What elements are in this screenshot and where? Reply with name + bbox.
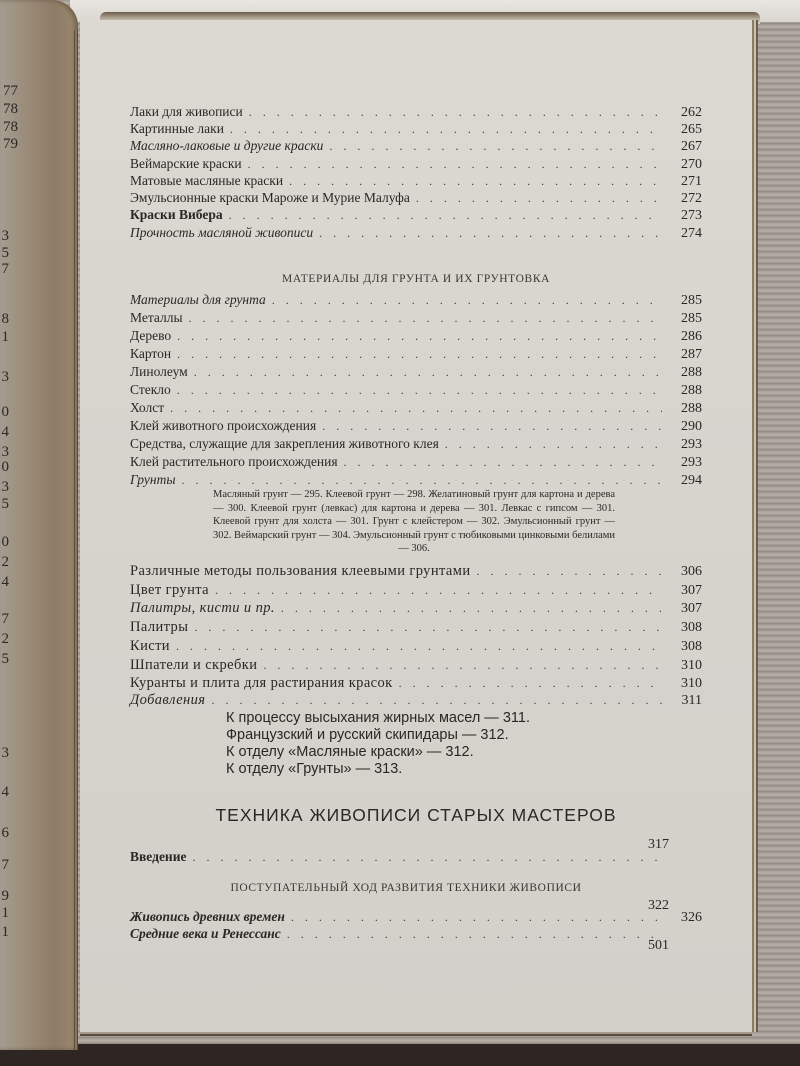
toc-entry-label: Клей животного происхождения xyxy=(130,418,322,434)
toc-entry: Веймарские краски ......................… xyxy=(130,156,702,174)
toc-entry-page: 272 xyxy=(662,191,702,207)
left-page-number-fragment: 4 xyxy=(0,575,9,590)
leader-dots: ........................................… xyxy=(215,583,662,598)
appendix-entry: К отделу «Грунты» — 313. xyxy=(226,761,646,778)
toc-entry: Эмульсионные краски Мароже и Мурие Малуф… xyxy=(130,190,702,208)
left-page-edge: 777878793578130430350247253467911 xyxy=(0,0,78,1050)
leader-dots: ........................................… xyxy=(344,455,662,470)
toc-entry-label: Веймарские краски xyxy=(130,156,248,172)
toc-entry: Цвет грунта ............................… xyxy=(130,582,702,600)
toc-entry-page: 294 xyxy=(662,473,702,489)
toc-entry: Клей животного происхождения ...........… xyxy=(130,418,702,436)
toc-entry-page: 306 xyxy=(662,564,702,580)
toc-content: Лаки для живописи ......................… xyxy=(80,20,752,1032)
leader-dots: ........................................… xyxy=(192,850,662,865)
leader-dots: ........................................… xyxy=(194,620,662,635)
leader-dots: ........................................… xyxy=(248,157,662,172)
section-heading: МАТЕРИАЛЫ ДЛЯ ГРУНТА И ИХ ГРУНТОВКА xyxy=(80,273,752,285)
toc-entry-page: 307 xyxy=(662,601,702,617)
leader-dots: ........................................… xyxy=(177,329,662,344)
toc-entry: Куранты и плита для растирания красок ..… xyxy=(130,675,702,693)
leader-dots: ........................................… xyxy=(445,437,662,452)
left-page-number-fragment: 5 xyxy=(0,652,9,667)
table-of-contents-page: Лаки для живописи ......................… xyxy=(80,20,752,1032)
toc-entry-page: 265 xyxy=(662,122,702,138)
left-page-number-fragment: 1 xyxy=(0,330,9,345)
appendix-entries: К процессу высыхания жирных масел — 311.… xyxy=(226,710,646,778)
leader-dots: ........................................… xyxy=(249,105,662,120)
toc-entry: Краски Вибера ..........................… xyxy=(130,207,702,225)
toc-entry-page: 286 xyxy=(662,329,702,345)
toc-entry-label: Палитры xyxy=(130,619,194,636)
toc-entry-label: Лаки для живописи xyxy=(130,104,249,120)
toc-entry: Стекло .................................… xyxy=(130,382,702,400)
leader-dots: ........................................… xyxy=(177,383,662,398)
toc-entry-page: 293 xyxy=(662,437,702,453)
toc-entry-label: Средние века и Ренессанс xyxy=(130,926,287,942)
leader-dots: ........................................… xyxy=(263,658,662,673)
toc-entry-label: Матовые масляные краски xyxy=(130,173,289,189)
left-page-number-fragment: 5 xyxy=(0,497,9,512)
toc-entry: Картон .................................… xyxy=(130,346,702,364)
toc-entry-page: 267 xyxy=(662,139,702,155)
toc-entry: Металлы ................................… xyxy=(130,310,702,328)
left-page-number-fragment: 0 xyxy=(0,535,9,550)
left-page-number-fragment: 78 xyxy=(0,120,18,135)
toc-entry-label: Эмульсионные краски Мароже и Мурие Малуф… xyxy=(130,190,416,206)
grunty-subentries: Масляный грунт — 295. Клеевой грунт — 29… xyxy=(213,488,615,556)
toc-entry-label: Введение xyxy=(130,849,192,865)
left-page-number-fragment: 6 xyxy=(0,826,9,841)
toc-entry-label: Картон xyxy=(130,346,177,362)
left-page-number-fragment: 2 xyxy=(0,632,9,647)
toc-entry-page: 308 xyxy=(662,639,702,655)
leader-dots: ........................................… xyxy=(416,191,662,206)
left-page-number-fragment: 4 xyxy=(0,425,9,440)
toc-entry-label: Клей растительного происхождения xyxy=(130,454,344,470)
leader-dots: ........................................… xyxy=(272,293,662,308)
left-page-number-fragment: 0 xyxy=(0,405,9,420)
leader-dots: ........................................… xyxy=(476,564,662,579)
toc-entry-page: 285 xyxy=(662,311,702,327)
left-page-number-fragment: 7 xyxy=(0,612,9,627)
toc-entry: Палитры ................................… xyxy=(130,619,702,637)
leader-dots: ........................................… xyxy=(229,208,662,223)
left-page-number-fragment: 79 xyxy=(0,137,18,152)
left-page-number-fragment: 3 xyxy=(0,445,9,460)
left-page-number-fragment: 3 xyxy=(0,370,9,385)
leader-dots: ........................................… xyxy=(319,226,662,241)
left-page-number-fragment: 8 xyxy=(0,312,9,327)
leader-dots: ........................................… xyxy=(189,311,662,326)
toc-entry-page: 273 xyxy=(662,208,702,224)
dark-bottom-edge xyxy=(0,1044,800,1066)
left-page-number-fragment: 1 xyxy=(0,906,9,921)
toc-entry: Кисти ..................................… xyxy=(130,638,702,656)
toc-entry: Добавления .............................… xyxy=(130,692,702,710)
appendix-entry: К отделу «Масляные краски» — 312. xyxy=(226,744,646,761)
toc-entry-page: 310 xyxy=(662,676,702,692)
toc-entry-label: Картинные лаки xyxy=(130,121,230,137)
toc-entry-label: Прочность масляной живописи xyxy=(130,225,319,241)
left-page-number-fragment: 4 xyxy=(0,785,9,800)
toc-entry-label: Добавления xyxy=(130,692,211,709)
leader-dots: ........................................… xyxy=(181,473,662,488)
toc-entry: Различные методы пользования клеевыми гр… xyxy=(130,563,702,581)
section-heading: ПОСТУПАТЕЛЬНЫЙ ХОД РАЗВИТИЯ ТЕХНИКИ ЖИВО… xyxy=(70,882,742,894)
toc-entry: Прочность масляной живописи ............… xyxy=(130,225,702,243)
toc-entry-label: Масляно-лаковые и другие краски xyxy=(130,138,329,154)
toc-entry-page: 311 xyxy=(662,693,702,709)
toc-entry-label: Цвет грунта xyxy=(130,582,215,599)
leader-dots: ........................................… xyxy=(194,365,662,380)
toc-entry-label: Грунты xyxy=(130,472,181,488)
left-page-number-fragment: 0 xyxy=(0,460,9,475)
toc-entry: Клей растительного происхождения .......… xyxy=(130,454,702,472)
toc-entry-page: 307 xyxy=(662,583,702,599)
part-title: ТЕХНИКА ЖИВОПИСИ СТАРЫХ МАСТЕРОВ xyxy=(80,805,752,826)
toc-entry-page: 293 xyxy=(662,455,702,471)
toc-entry: Масляно-лаковые и другие краски ........… xyxy=(130,138,702,156)
toc-entry: Средства, служащие для закрепления живот… xyxy=(130,436,702,454)
toc-entry-label: Дерево xyxy=(130,328,177,344)
left-page-number-fragment: 1 xyxy=(0,925,9,940)
toc-entry-page: 274 xyxy=(662,226,702,242)
leader-dots: ........................................… xyxy=(176,639,662,654)
toc-entry-page: 288 xyxy=(662,383,702,399)
leader-dots: ........................................… xyxy=(281,601,662,616)
leader-dots: ........................................… xyxy=(289,174,662,189)
toc-entry-label: Металлы xyxy=(130,310,189,326)
toc-entry: Палитры, кисти и пр. ...................… xyxy=(130,600,702,618)
appendix-entry: Французский и русский скипидары — 312. xyxy=(226,727,646,744)
page-number: 501 xyxy=(648,938,669,954)
toc-entry-page: 290 xyxy=(662,419,702,435)
leader-dots: ........................................… xyxy=(177,347,662,362)
toc-entry-label: Различные методы пользования клеевыми гр… xyxy=(130,563,476,580)
toc-entry-label: Материалы для грунта xyxy=(130,292,272,308)
toc-entry: Матовые масляные краски ................… xyxy=(130,173,702,191)
toc-entry-intro: Введение ...............................… xyxy=(130,849,702,867)
left-page-number-fragment: 2 xyxy=(0,555,9,570)
toc-entry-label: Средства, служащие для закрепления живот… xyxy=(130,436,445,452)
left-page-number-fragment: 77 xyxy=(0,84,18,99)
left-page-number-fragment: 78 xyxy=(0,102,18,117)
toc-entry-page: 308 xyxy=(662,620,702,636)
toc-entry-label: Линолеум xyxy=(130,364,194,380)
leader-dots: ........................................… xyxy=(287,927,662,942)
toc-entry-page: 288 xyxy=(662,401,702,417)
toc-entry-label: Куранты и плита для растирания красок xyxy=(130,675,399,692)
left-page-number-fragment: 3 xyxy=(0,746,9,761)
toc-entry-page: 270 xyxy=(662,157,702,173)
leader-dots: ........................................… xyxy=(211,693,662,708)
toc-entry-label: Палитры, кисти и пр. xyxy=(130,600,281,617)
left-page-number-fragment: 3 xyxy=(0,229,9,244)
toc-entry-page: 287 xyxy=(662,347,702,363)
toc-entry-label: Живопись древних времен xyxy=(130,909,291,925)
left-page-number-fragment: 9 xyxy=(0,889,9,904)
toc-entry-page: 271 xyxy=(662,174,702,190)
appendix-entry: К процессу высыхания жирных масел — 311. xyxy=(226,710,646,727)
toc-entry: Дерево .................................… xyxy=(130,328,702,346)
toc-entry-page: 288 xyxy=(662,365,702,381)
toc-entry-label: Краски Вибера xyxy=(130,207,229,223)
leader-dots: ........................................… xyxy=(399,676,662,691)
leader-dots: ........................................… xyxy=(170,401,662,416)
toc-entry-page: 310 xyxy=(662,658,702,674)
toc-entry-page: 262 xyxy=(662,105,702,121)
toc-entry-label: Стекло xyxy=(130,382,177,398)
toc-entry: Линолеум ...............................… xyxy=(130,364,702,382)
left-page-number-fragment: 7 xyxy=(0,262,9,277)
toc-entry: Шпатели и скребки ......................… xyxy=(130,657,702,675)
toc-entry-page: 326 xyxy=(662,910,702,926)
toc-entry: Живопись древних времен ................… xyxy=(130,909,702,927)
toc-entry-label: Шпатели и скребки xyxy=(130,657,263,674)
toc-entry: Средние века и Ренессанс ...............… xyxy=(130,926,702,944)
leader-dots: ........................................… xyxy=(322,419,662,434)
book-spine-gutter xyxy=(74,30,78,1050)
toc-entry: Материалы для грунта ...................… xyxy=(130,292,702,310)
left-page-number-fragment: 3 xyxy=(0,480,9,495)
toc-entry: Картинные лаки .........................… xyxy=(130,121,702,139)
leader-dots: ........................................… xyxy=(291,910,662,925)
toc-entry: Холст ..................................… xyxy=(130,400,702,418)
left-page-number-fragment: 5 xyxy=(0,246,9,261)
left-page-number-fragment: 7 xyxy=(0,858,9,873)
toc-entry: Лаки для живописи ......................… xyxy=(130,104,702,122)
toc-entry-label: Холст xyxy=(130,400,170,416)
toc-entry-label: Кисти xyxy=(130,638,176,655)
leader-dots: ........................................… xyxy=(230,122,662,137)
leader-dots: ........................................… xyxy=(329,139,662,154)
toc-entry-page: 285 xyxy=(662,293,702,309)
